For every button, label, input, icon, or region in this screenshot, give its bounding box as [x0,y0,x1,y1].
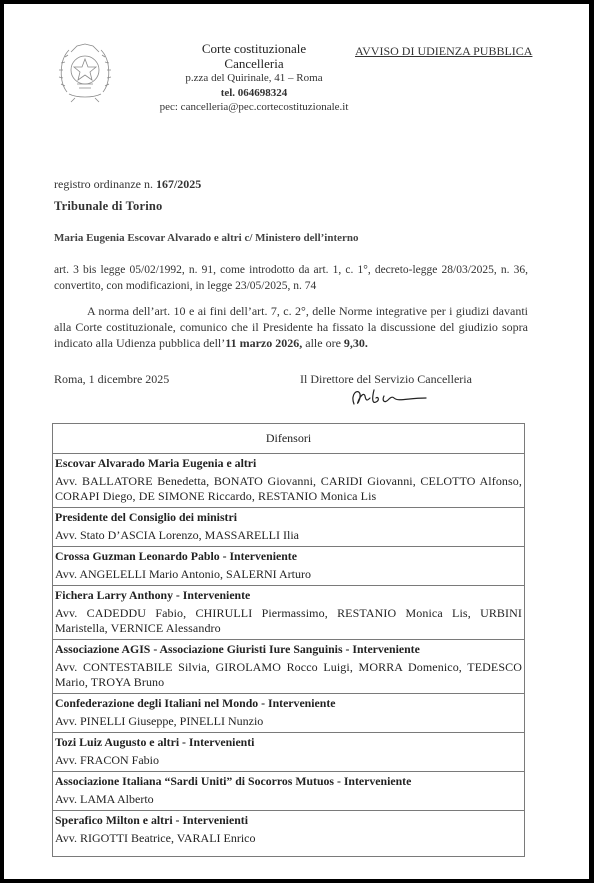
party-name: Crossa Guzman Leonardo Pablo - Interveni… [55,547,522,564]
table-row: Associazione Italiana “Sardi Uniti” di S… [53,772,525,811]
table-row: Presidente del Consiglio dei ministri Av… [53,508,525,547]
registry-label: registro ordinanze n. [54,177,156,191]
party-name: Confederazione degli Italiani nel Mondo … [55,694,522,711]
lawyers-list: Avv. LAMA Alberto [55,792,522,810]
lawyers-list: Avv. ANGELELLI Mario Antonio, SALERNI Ar… [55,567,522,585]
lawyers-list: Avv. PINELLI Giuseppe, PINELLI Nunzio [55,714,522,732]
table-row: Confederazione degli Italiani nel Mondo … [53,694,525,733]
lawyers-list: Avv. BALLATORE Benedetta, BONATO Giovann… [55,474,522,507]
party-name: Associazione Italiana “Sardi Uniti” di S… [55,772,522,789]
tribunal: Tribunale di Torino [54,199,162,214]
table-row: Crossa Guzman Leonardo Pablo - Interveni… [53,547,525,586]
lawyers-list: Avv. Stato D’ASCIA Lorenzo, MASSARELLI I… [55,528,522,546]
registry-line: registro ordinanze n. 167/2025 [54,177,201,192]
lawyers-list: Avv. CONTESTABILE Silvia, GIROLAMO Rocco… [55,660,522,693]
court-letterhead: Corte costituzionale Cancelleria p.zza d… [134,42,374,115]
party-name: Sperafico Milton e altri - Intervenienti [55,811,522,828]
norm-reference: art. 3 bis legge 05/02/1992, n. 91, come… [54,263,528,294]
document-page: Corte costituzionale Cancelleria p.zza d… [4,4,589,879]
party-name: Associazione AGIS - Associazione Giurist… [55,640,522,657]
table-row: Associazione AGIS - Associazione Giurist… [53,640,525,694]
place-date: Roma, 1 dicembre 2025 [54,372,169,387]
court-address: p.zza del Quirinale, 41 – Roma [134,71,374,86]
party-name: Tozi Luiz Augusto e altri - Intervenient… [55,733,522,750]
table-row: Tozi Luiz Augusto e altri - Intervenient… [53,733,525,772]
hearing-date: 11 marzo 2026, [225,336,302,350]
signature-icon [348,384,428,410]
case-parties: Maria Eugenia Escovar Alvarado e altri c… [54,232,359,244]
defenders-table: Difensori Escovar Alvarado Maria Eugenia… [52,423,525,857]
defenders-table-header: Difensori [53,424,525,454]
table-row: Escovar Alvarado Maria Eugenia e altri A… [53,454,525,508]
lawyers-list: Avv. CADEDDU Fabio, CHIRULLI Piermassimo… [55,606,522,639]
table-row: Fichera Larry Anthony - Interveniente Av… [53,586,525,640]
lawyers-list: Avv. FRACON Fabio [55,753,522,771]
notice-paragraph: A norma dell’art. 10 e ai fini dell’art.… [54,304,528,351]
registry-number: 167/2025 [156,177,201,191]
table-row: Sperafico Milton e altri - Intervenienti… [53,811,525,857]
party-name: Escovar Alvarado Maria Eugenia e altri [55,454,522,471]
italian-republic-emblem-icon [57,40,113,104]
notice-text-mid: alle ore [302,336,344,350]
notice-title: AVVISO DI UDIENZA PUBBLICA [355,44,532,59]
court-name: Corte costituzionale [134,42,374,57]
court-phone: tel. 064698324 [134,86,374,101]
lawyers-list: Avv. RIGOTTI Beatrice, VARALI Enrico [55,831,522,856]
court-pec: pec: cancelleria@pec.cortecostituzionale… [134,100,374,115]
party-name: Fichera Larry Anthony - Interveniente [55,586,522,603]
office-name: Cancelleria [134,57,374,72]
hearing-time: 9,30. [344,336,368,350]
party-name: Presidente del Consiglio dei ministri [55,508,522,525]
